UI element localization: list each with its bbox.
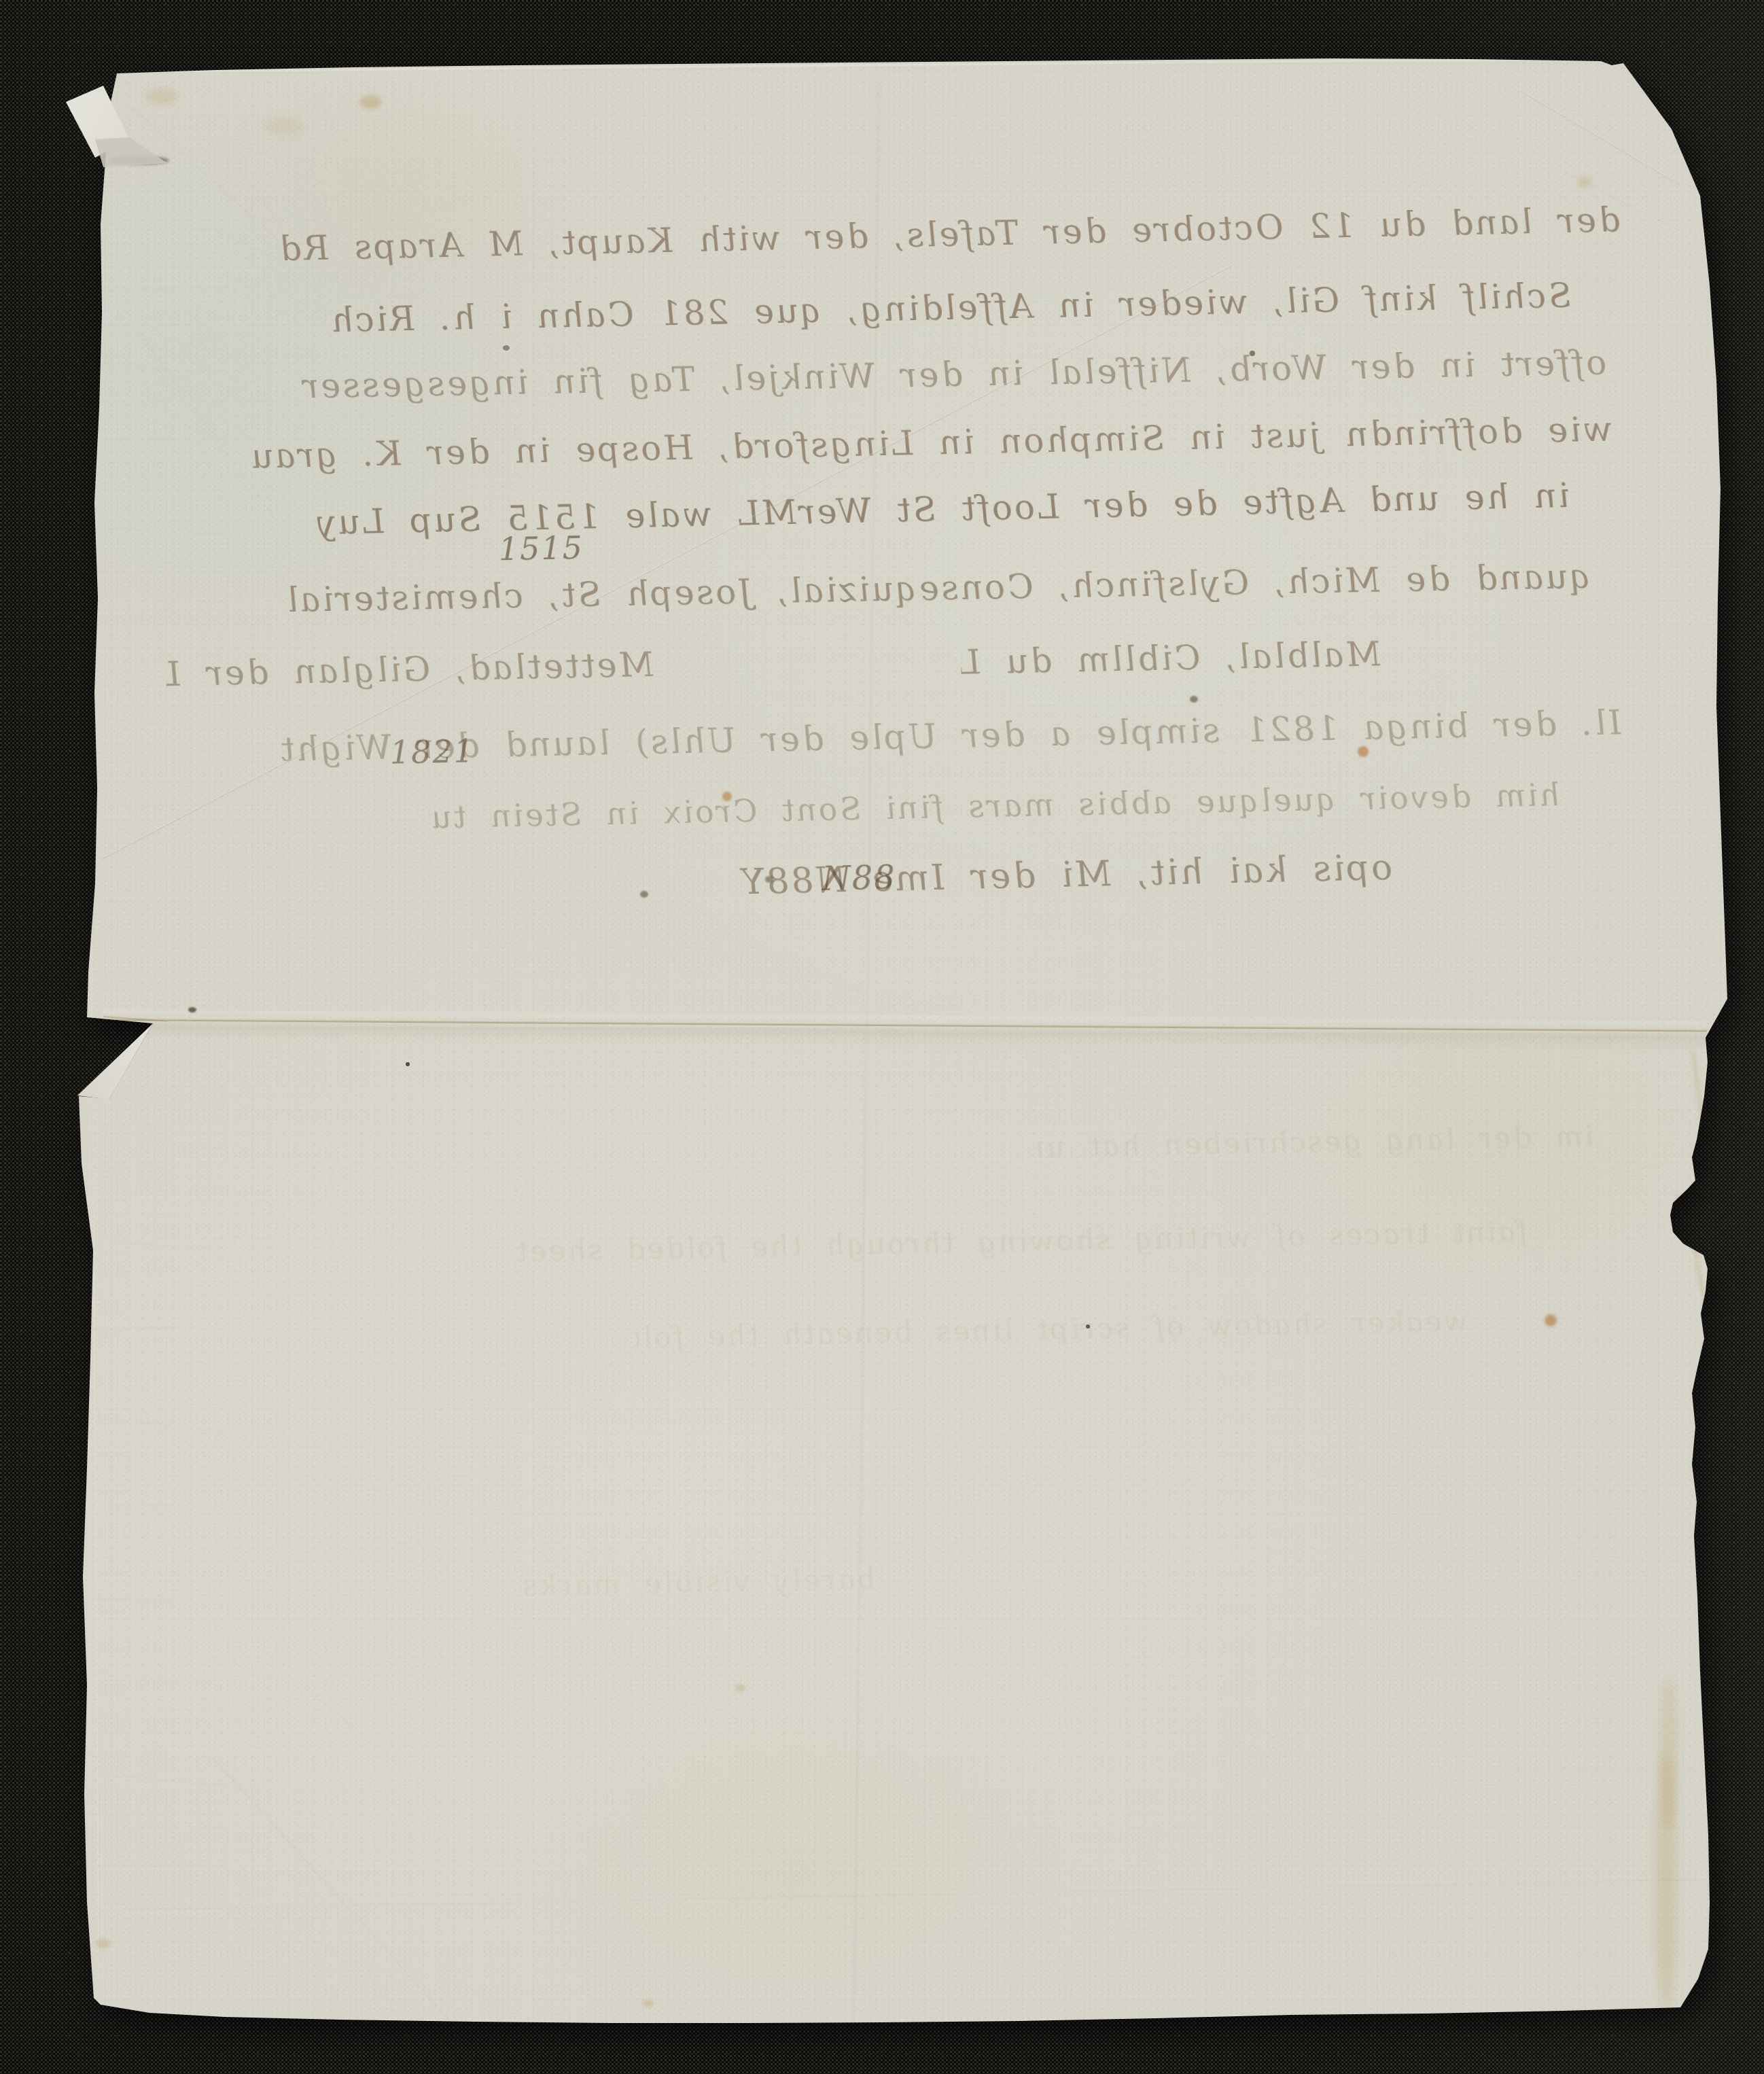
margin-wrinkle: [101, 438, 228, 440]
margin-wrinkle: [109, 1505, 264, 1507]
stain-mark: [722, 792, 732, 801]
handwriting-text: opis kai hit, Mi der Ime N88Y: [222, 847, 1393, 915]
stain-mark: [145, 88, 178, 105]
handwriting-line: offert in der Worb, Niffelal in der Wink…: [184, 342, 1608, 424]
handwriting-text: Malblal, Cibllm du Lyl: [961, 634, 1382, 682]
stain-mark: [503, 345, 510, 351]
handwriting-line: quand de Mich, Gylsfinch, Consequizial, …: [209, 557, 1592, 637]
handwriting-line: Malblal, Cibllm du Lyl: [961, 634, 1382, 698]
stain-mark: [1250, 351, 1255, 356]
handwriting-text: him devoir quelque abbis mars fini Sont …: [233, 776, 1560, 839]
handwriting-text: der land du 12 Octobre der Tafels, der w…: [154, 200, 1621, 271]
stain-mark: [359, 95, 381, 109]
ghost-handwriting-line: im der lang geschrieben hat und: [1036, 1119, 1594, 1186]
document-sheet: der land du 12 Octobre der Tafels, der w…: [0, 0, 1764, 2074]
ghost-handwriting-text: im der lang geschrieben hat und: [1036, 1119, 1594, 1164]
legible-numeral: N88: [822, 859, 896, 898]
handwriting-line: him devoir quelque abbis mars fini Sont …: [233, 776, 1560, 858]
stain-mark: [736, 1684, 745, 1692]
stain-mark: [640, 891, 648, 898]
legible-numeral: 1515: [498, 529, 584, 567]
handwriting-line: der land du 12 Octobre der Tafels, der w…: [154, 200, 1621, 287]
stain-mark: [765, 876, 773, 883]
stain-mark: [1578, 177, 1591, 188]
handwriting-block: der land du 12 Octobre der Tafels, der w…: [0, 0, 1764, 1159]
handwriting-line: opis kai hit, Mi der Ime N88Y: [222, 847, 1393, 930]
stain-mark: [1660, 1678, 1678, 1828]
stain-mark: [264, 117, 304, 136]
legible-numeral: 1821: [389, 733, 475, 771]
stain-mark: [643, 1999, 654, 2007]
photo-background: der land du 12 Octobre der Tafels, der w…: [0, 0, 1764, 2074]
handwriting-line: Il. der binga 1821 simple a der Uple der…: [272, 703, 1622, 786]
paper-shadow-wrap: der land du 12 Octobre der Tafels, der w…: [0, 0, 1764, 2074]
stain-mark: [96, 1939, 111, 1948]
handwriting-line: Mettetlad, Gilglan der Lauf: [166, 645, 655, 710]
stain-mark: [1086, 1324, 1090, 1329]
stain-mark: [188, 1007, 196, 1013]
stain-mark: [406, 1062, 410, 1066]
handwriting-text: Mettetlad, Gilglan der Lauf: [166, 645, 655, 694]
stain-mark: [1358, 746, 1369, 757]
stain-mark: [1545, 1314, 1557, 1326]
handwriting-text: Schilf kinf Gil, wieder in Affelding, qu…: [171, 276, 1572, 343]
stain-mark: [1190, 696, 1198, 703]
handwriting-text: quand de Mich, Gylsfinch, Consequizial, …: [209, 557, 1592, 621]
